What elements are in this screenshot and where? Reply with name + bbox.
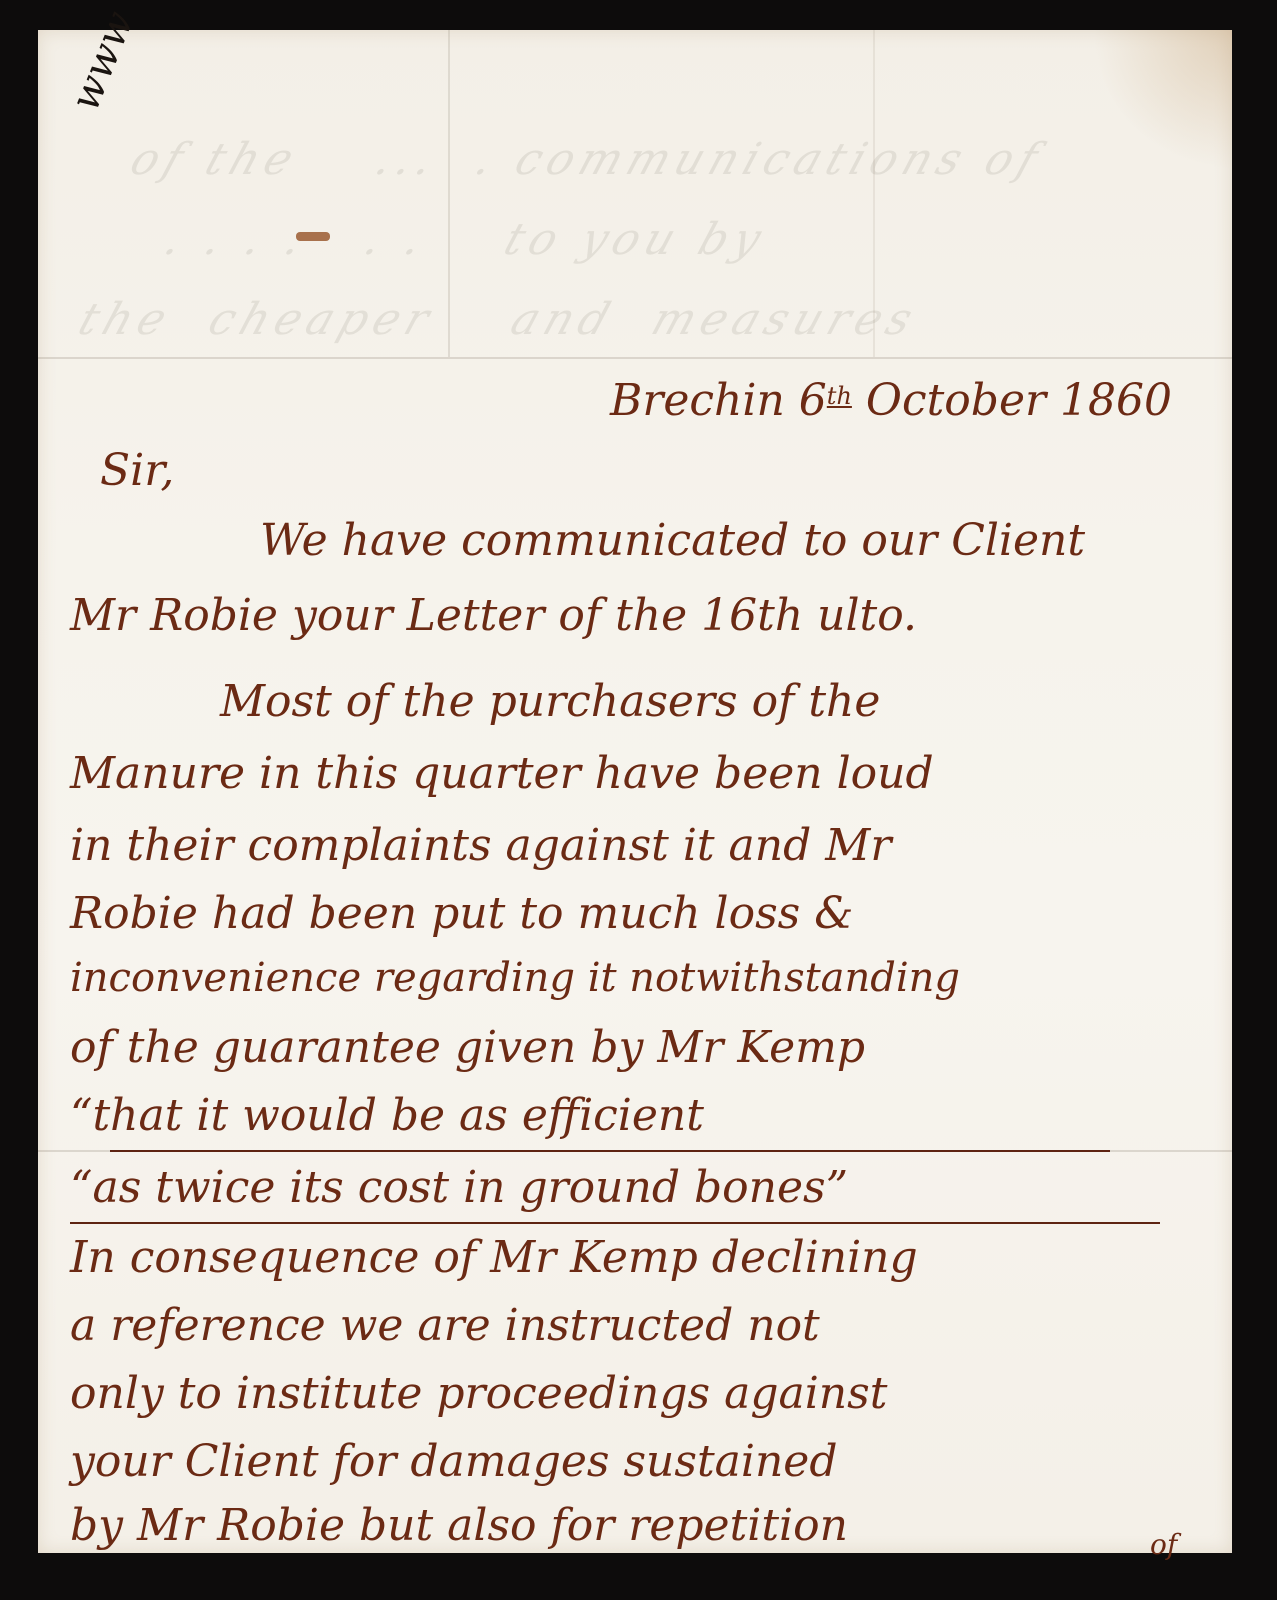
date-year: 1860 <box>1060 375 1172 426</box>
letter-line-14: your Client for damages sustained <box>70 1436 838 1487</box>
date-line: Brechin 6th October 1860 <box>610 375 1172 426</box>
letter-line-12: a reference we are instructed not <box>70 1300 820 1351</box>
salutation: Sir, <box>100 445 174 496</box>
letter-line-10: “as twice its cost in ground bones” <box>70 1162 848 1213</box>
letter-line-16: of <box>1150 1528 1177 1561</box>
ink-blot <box>296 232 330 241</box>
letter-line-2: Mr Robie your Letter of the 16th ulto. <box>70 590 917 641</box>
letter-line-15: by Mr Robie but also for repetition <box>70 1500 848 1551</box>
letter-line-4: Manure in this quarter have been loud <box>70 748 934 799</box>
letter-line-5: in their complaints against it and Mr <box>70 820 891 871</box>
date-place: Brechin <box>610 375 785 426</box>
date-day-suffix: th <box>827 382 852 410</box>
date-day: 6 <box>799 375 827 426</box>
letter-line-7: inconvenience regarding it notwithstandi… <box>70 955 960 1001</box>
letter-line-9: “that it would be as efficient <box>70 1090 704 1141</box>
letter-line-6: Robie had been put to much loss & <box>70 888 853 939</box>
letter-line-1: We have communicated to our Client <box>260 515 1085 566</box>
underline-quote-2 <box>70 1222 1160 1224</box>
letter-line-11: In consequence of Mr Kemp declining <box>70 1232 918 1283</box>
letter-line-13: only to institute proceedings against <box>70 1368 887 1419</box>
letter-line-8: of the guarantee given by Mr Kemp <box>70 1022 865 1073</box>
bleed-through-text: of the ... . communications of . . . . .… <box>1 120 1277 350</box>
underline-quote-1 <box>110 1150 1110 1152</box>
letter-line-3: Most of the purchasers of the <box>220 676 880 727</box>
date-month: October <box>866 375 1046 426</box>
